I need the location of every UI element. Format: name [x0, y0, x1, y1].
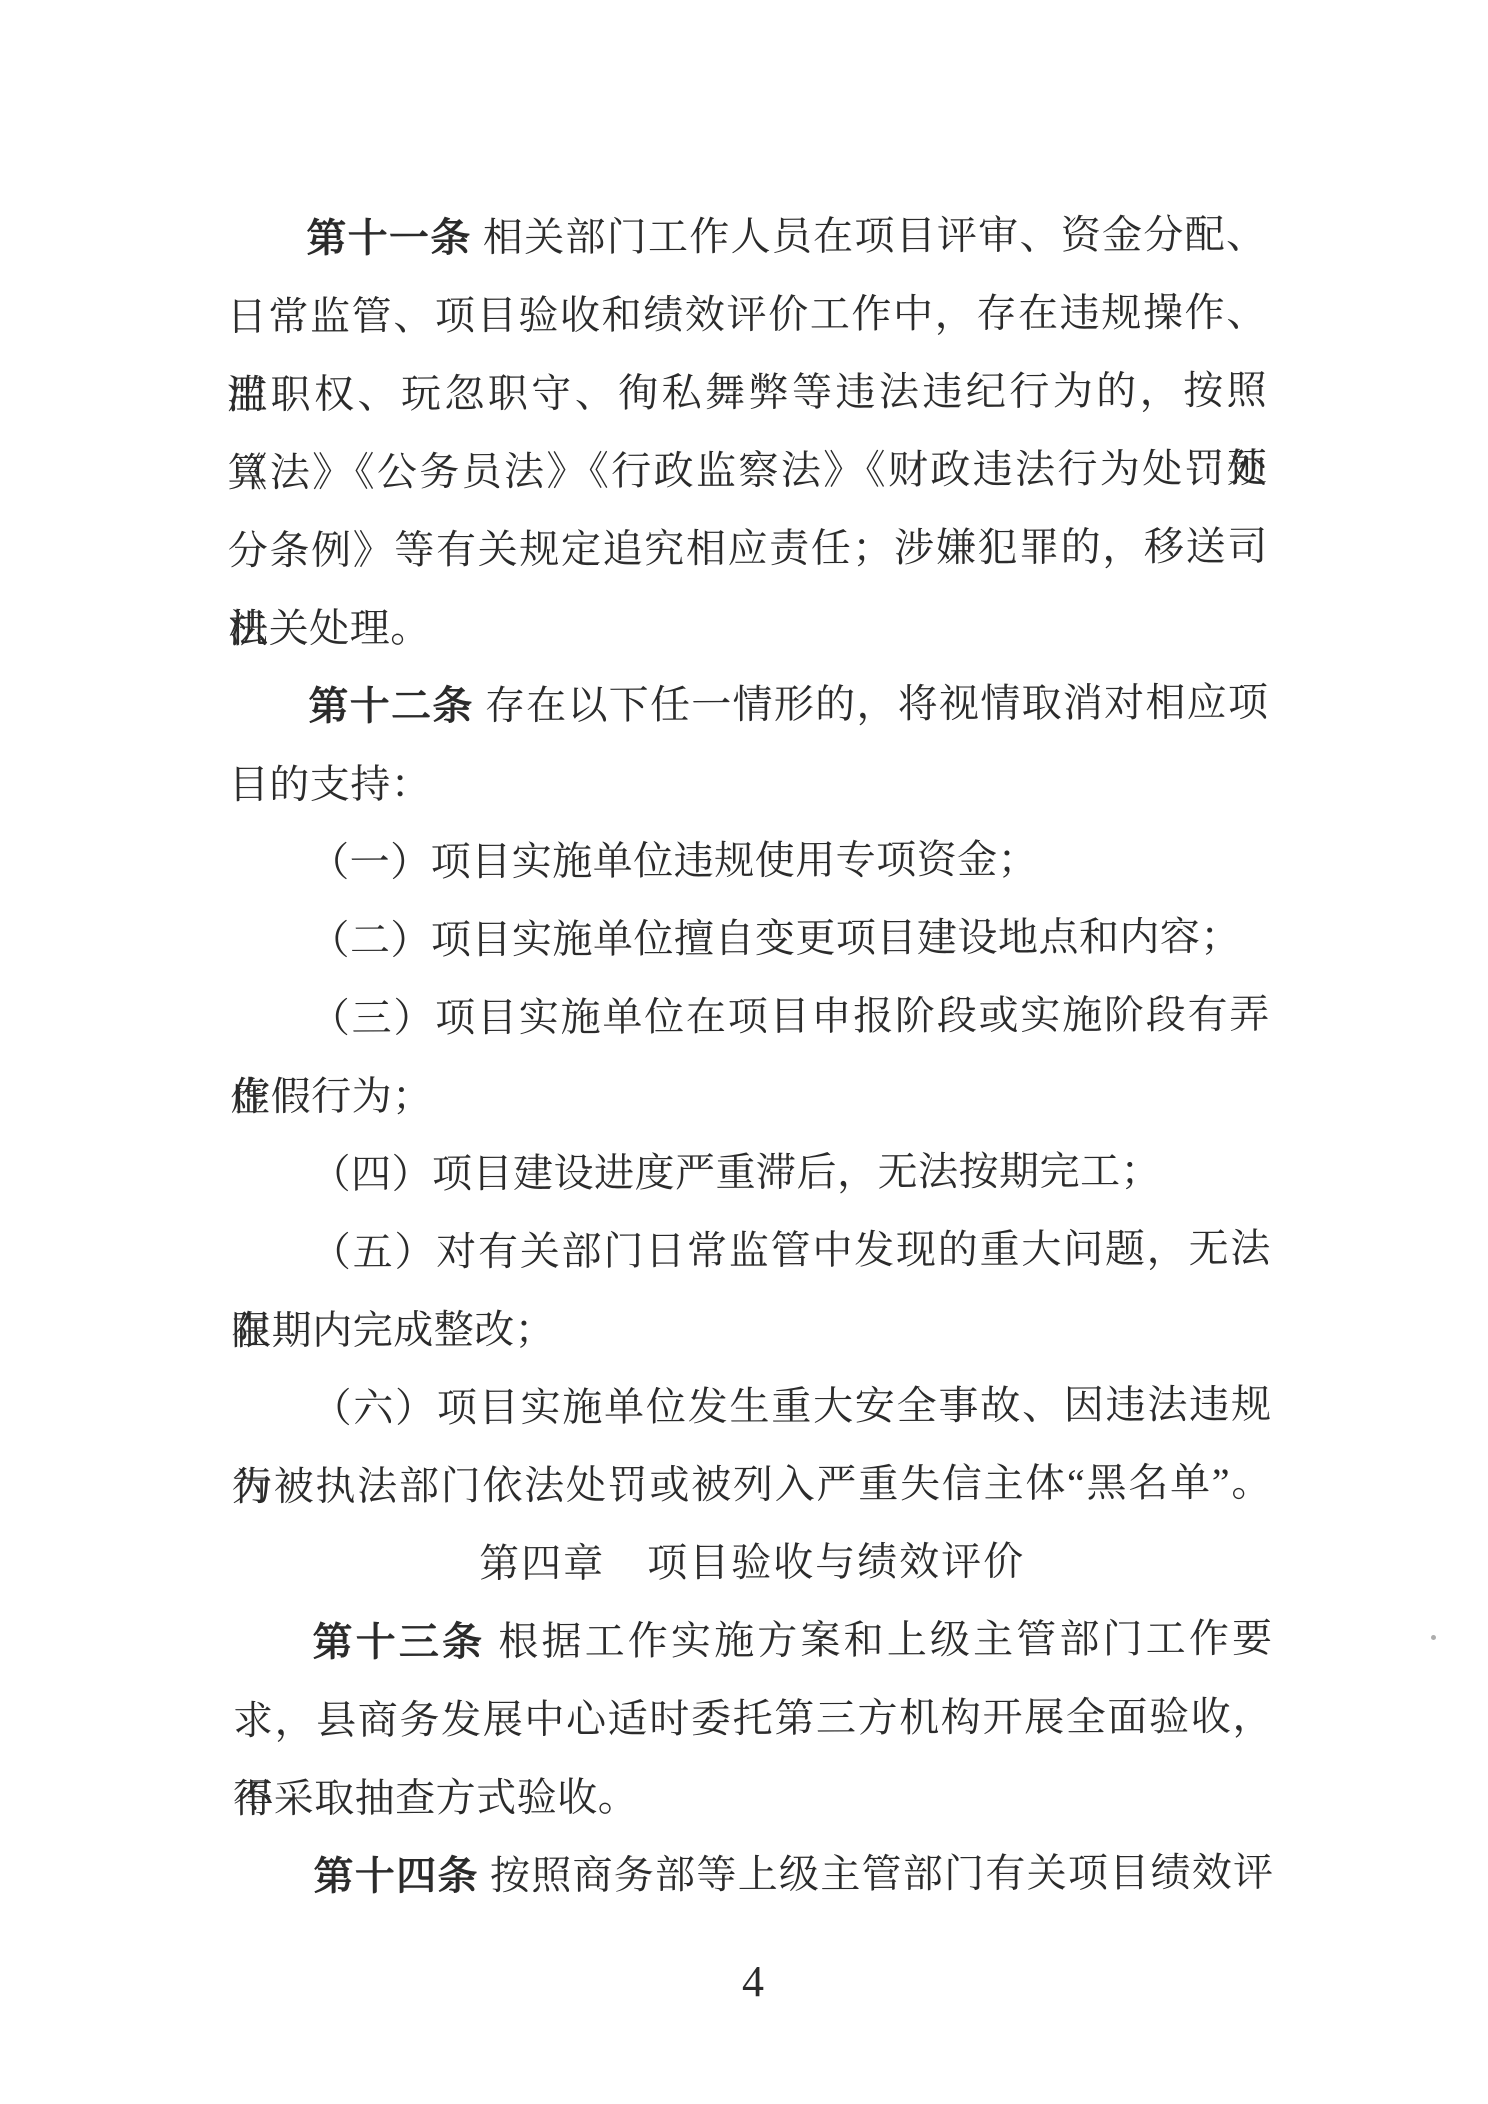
page-number: 4 — [742, 1952, 764, 2012]
para-line: 用职权、玩忽职守、徇私舞弊等违法违纪行为的，按照《预 — [227, 352, 1267, 435]
list-item-line: （一）项目实施单位违规使用专项资金； — [229, 820, 1269, 903]
chapter-heading: 第四章 项目验收与绩效评价 — [232, 1522, 1272, 1605]
para-line: 分条例》等有关规定追究相应责任；涉嫌犯罪的，移送司法 — [228, 508, 1268, 591]
article-number: 第十一条 — [306, 215, 471, 261]
para-line: 限期内完成整改； — [231, 1288, 1271, 1371]
para-line: 得采取抽查方式验收。 — [233, 1756, 1273, 1839]
scan-speck — [1431, 1635, 1436, 1640]
para-line: 求，县商务发展中心适时委托第三方机构开展全面验收，不 — [233, 1678, 1273, 1761]
para-line: 作假行为； — [230, 1054, 1270, 1137]
list-item-line: （六）项目实施单位发生重大安全事故、因违法违规行 — [231, 1366, 1271, 1449]
article-number: 第十四条 — [313, 1853, 478, 1899]
list-item-line: （四）项目建设进度严重滞后，无法按期完工； — [230, 1132, 1270, 1215]
para-line: 为被执法部门依法处罚或被列入严重失信主体“黑名单”。 — [232, 1444, 1272, 1527]
para-line: 算法》《公务员法》《行政监察法》《财政违法行为处罚处 — [227, 430, 1267, 513]
para-line: 机关处理。 — [228, 586, 1268, 669]
article-number: 第十三条 — [312, 1619, 485, 1665]
list-item-line: （二）项目实施单位擅自变更项目建设地点和内容； — [229, 898, 1269, 981]
para-line: 第十二条 存在以下任一情形的，将视情取消对相应项 — [228, 664, 1268, 747]
para-line: 第十一条 相关部门工作人员在项目评审、资金分配、 — [226, 196, 1266, 279]
para-line: 日常监管、项目验收和绩效评价工作中，存在违规操作、滥 — [227, 274, 1267, 357]
para-line: 第十四条 按照商务部等上级主管部门有关项目绩效评 — [233, 1834, 1273, 1917]
article-number: 第十二条 — [308, 683, 473, 729]
para-line: 第十三条 根据工作实施方案和上级主管部门工作要 — [232, 1600, 1272, 1683]
document-body: 第十一条 相关部门工作人员在项目评审、资金分配、日常监管、项目验收和绩效评价工作… — [226, 196, 1273, 1917]
list-item-line: （五）对有关部门日常监管中发现的重大问题，无法在 — [231, 1210, 1271, 1293]
para-line: 目的支持： — [229, 742, 1269, 825]
list-item-line: （三）项目实施单位在项目申报阶段或实施阶段有弄虚 — [230, 976, 1270, 1059]
document-page: 第十一条 相关部门工作人员在项目评审、资金分配、日常监管、项目验收和绩效评价工作… — [0, 0, 1488, 2104]
